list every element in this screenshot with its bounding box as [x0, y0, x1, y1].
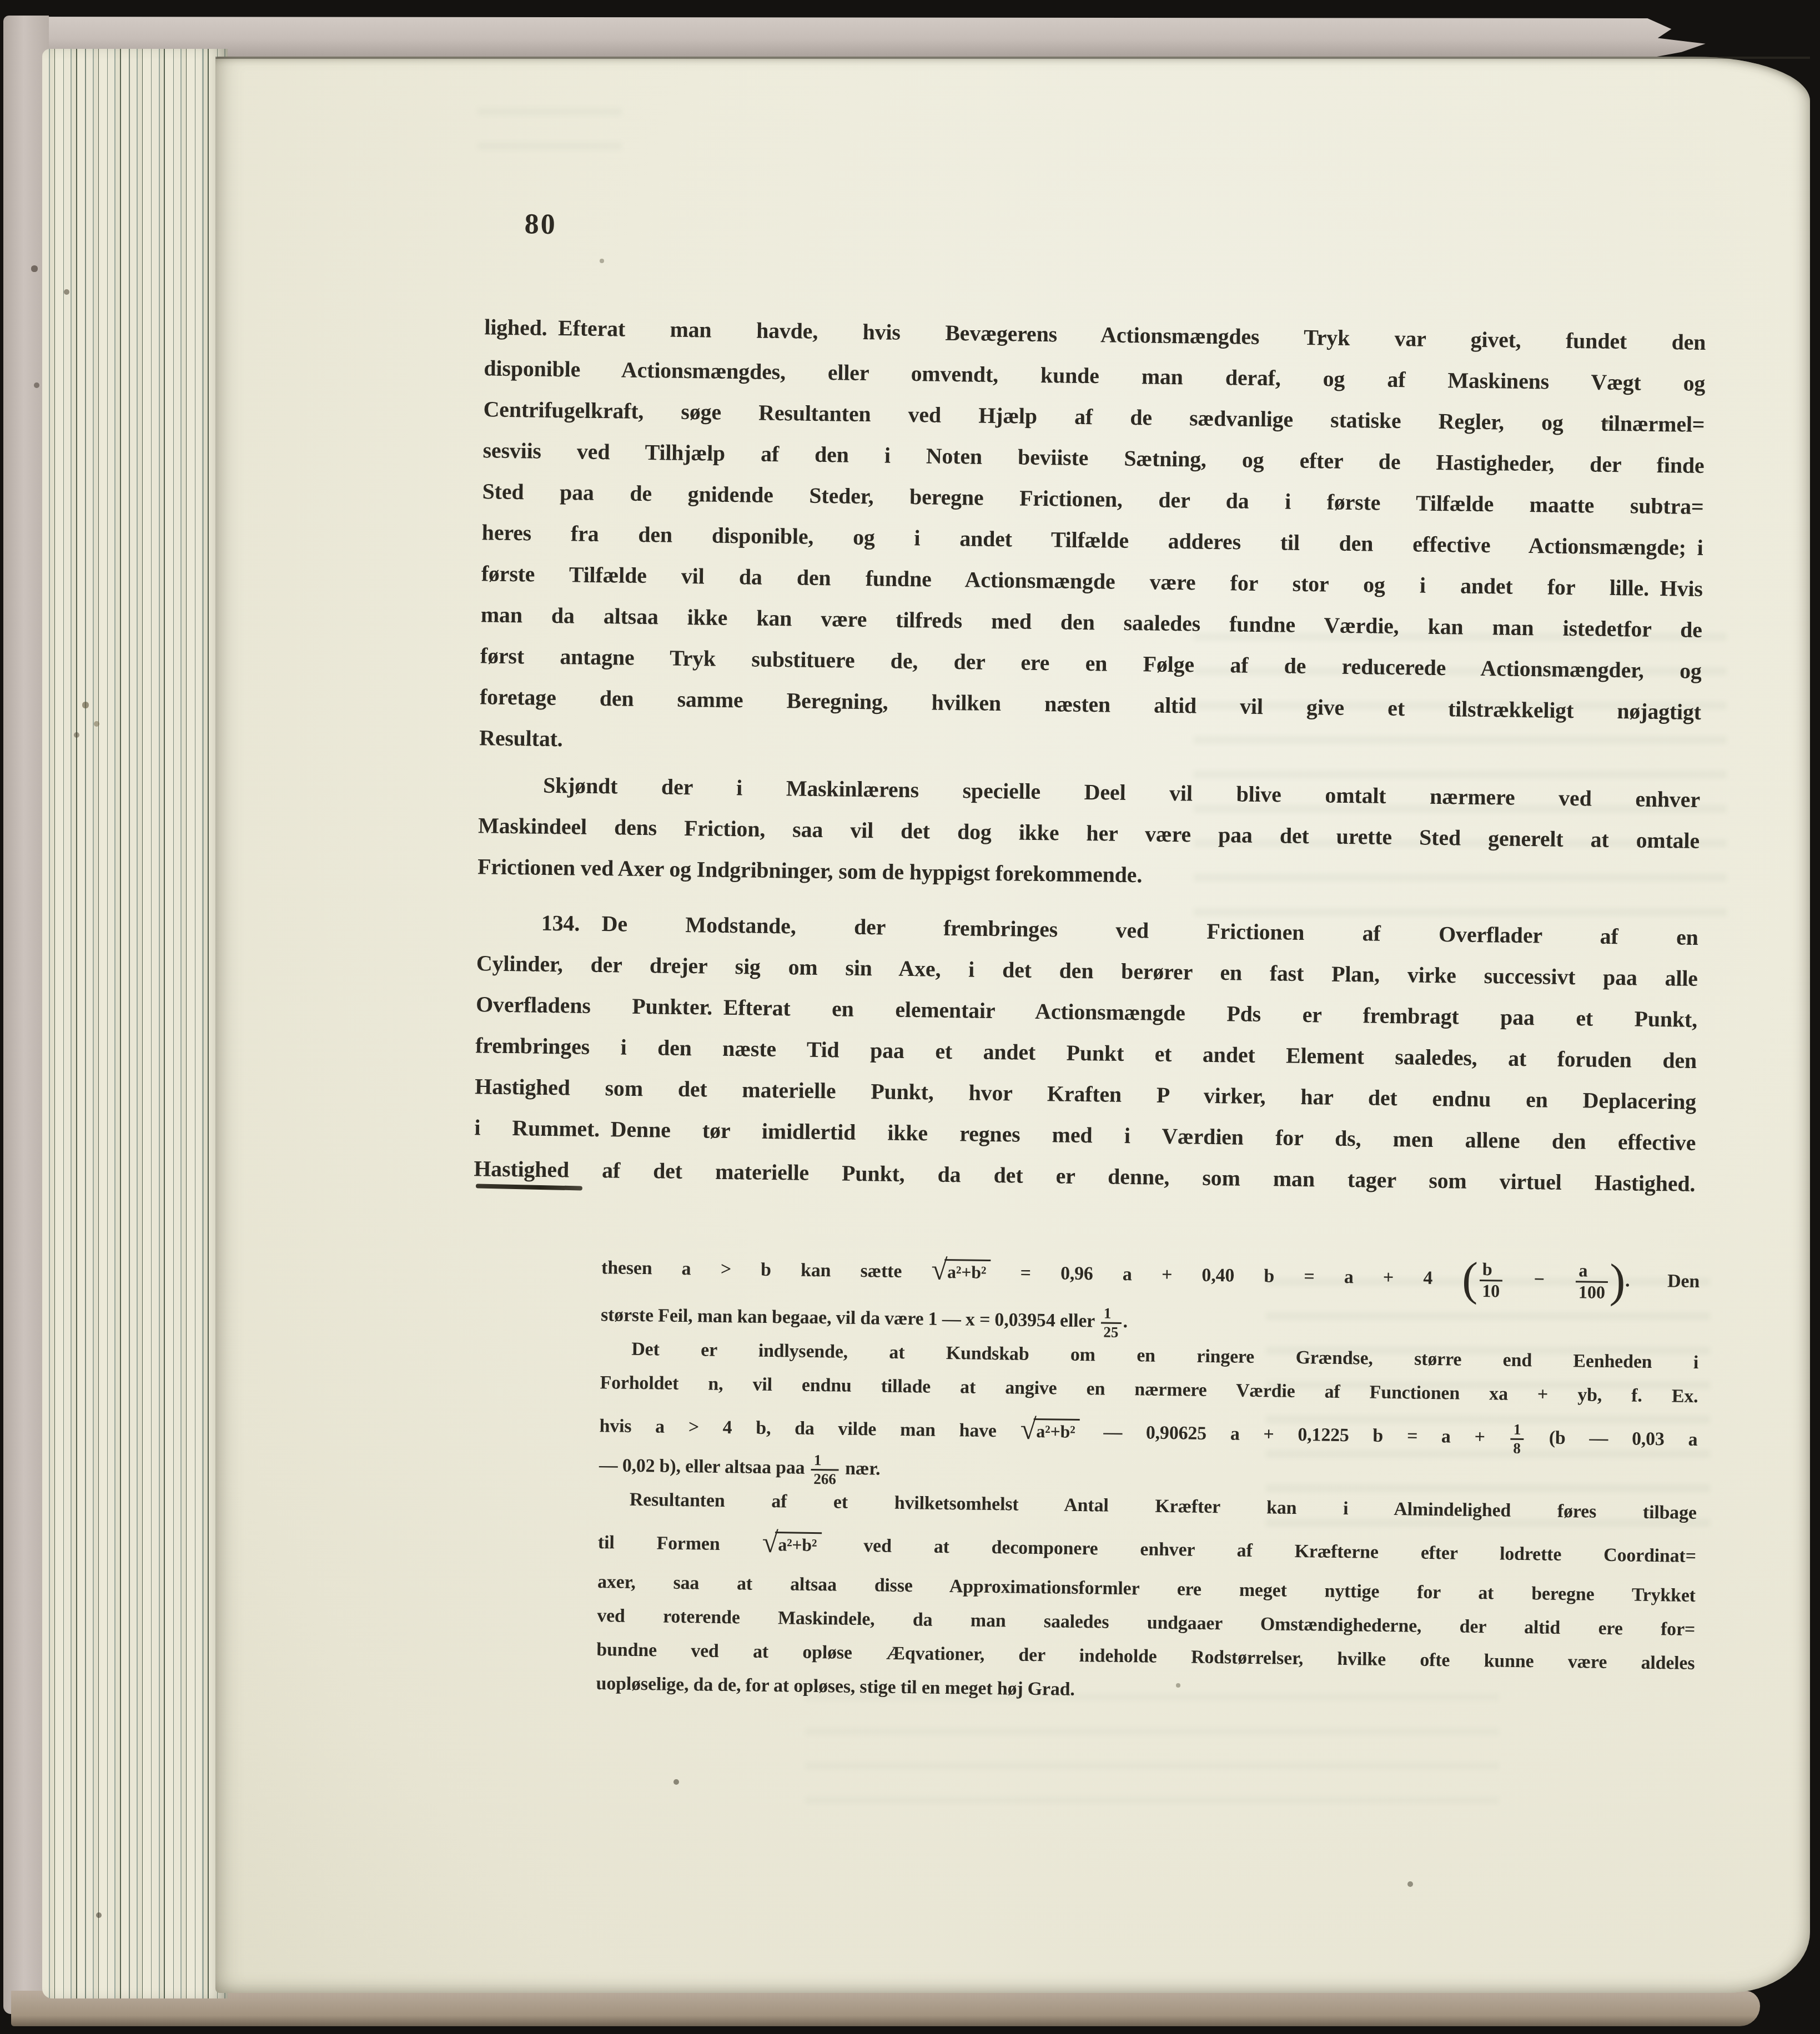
radical-expression: √a²+b²: [762, 1534, 821, 1555]
paragraph: Skjøndt der i Maskinlærens specielle Dee…: [477, 764, 1701, 903]
fraction: a100: [1576, 1261, 1608, 1302]
paragraph: Resultanten af et hvilketsomhelst Antal …: [596, 1482, 1697, 1714]
dust-specks: [0, 0, 2, 2]
body-text: lighed. Efterat man havde, hvis Bevægere…: [474, 306, 1706, 1205]
paragraph: 134. De Modstande, der frembringes ved F…: [474, 902, 1698, 1205]
fraction: 125: [1100, 1306, 1122, 1340]
fraction: 1266: [811, 1452, 839, 1487]
page-number: 80: [524, 208, 557, 241]
printed-content: 80 lighed. Efterat man havde, hvis Bevæg…: [192, 56, 1811, 2012]
book-cover-top-edge: [8, 17, 1712, 58]
paragraph: Det er indlysende, at Kundskab om en rin…: [599, 1332, 1698, 1496]
big-paren-close: ): [1609, 1255, 1625, 1307]
radical-expression: √a²+b²: [931, 1262, 991, 1283]
fraction: b10: [1479, 1260, 1503, 1301]
paragraph: thesen a > b kan sætte √a²+b² = 0,96 a +…: [601, 1234, 1700, 1346]
fraction: 18: [1510, 1422, 1524, 1456]
paragraph: lighed. Efterat man havde, hvis Bevægere…: [479, 306, 1706, 774]
radical-expression: √a²+b²: [1020, 1421, 1079, 1442]
book-scan: { "page": { "number": "80", "body_paragr…: [0, 0, 1820, 2034]
footnote: thesen a > b kan sætte √a²+b² = 0,96 a +…: [596, 1234, 1700, 1714]
big-paren-open: (: [1462, 1253, 1478, 1305]
